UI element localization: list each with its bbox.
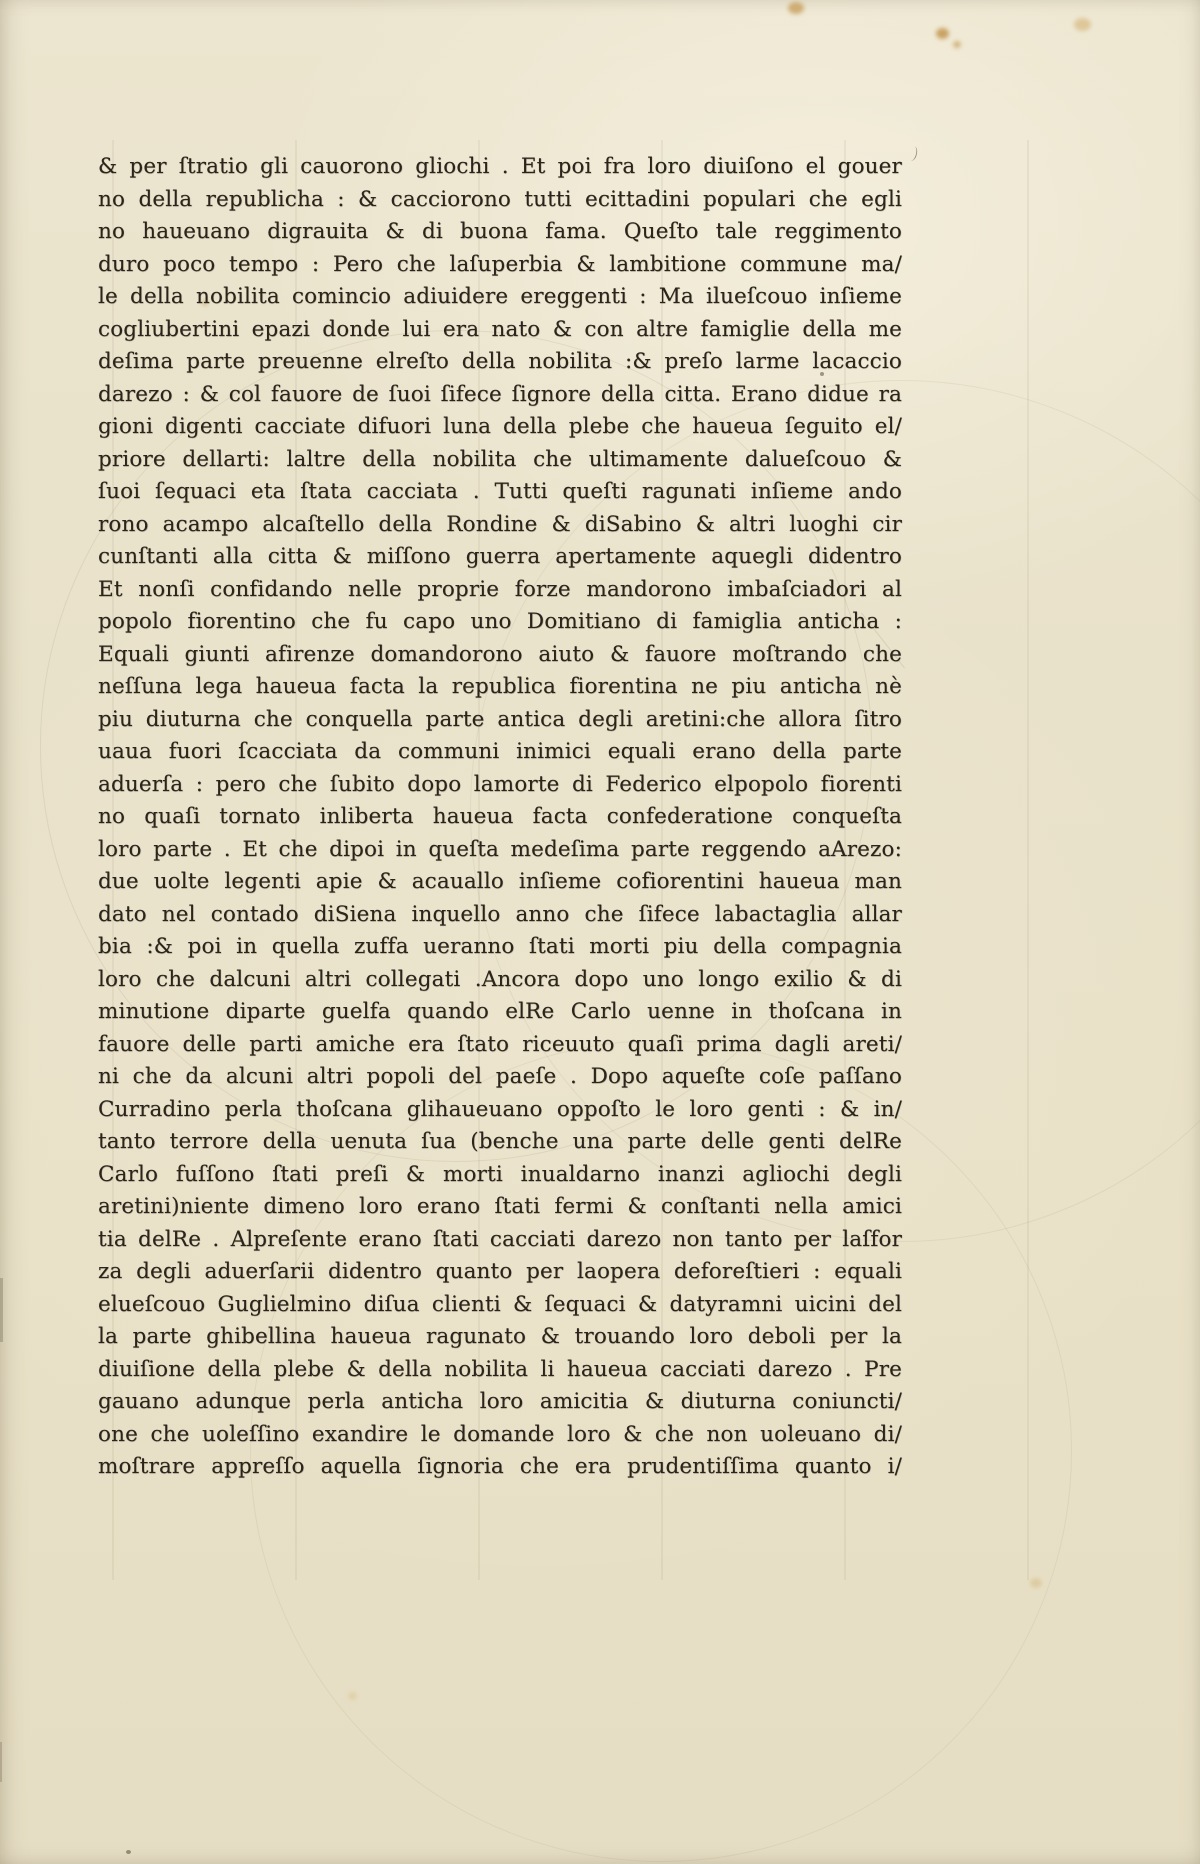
text-line: aretini)niente dimeno loro erano ſtati f…: [98, 1191, 902, 1224]
text-line: cogliubertini epazi donde lui era nato &…: [98, 314, 902, 347]
text-line: due uolte legenti apie & acauallo inſiem…: [98, 866, 902, 899]
foxing-stain: [788, 2, 804, 14]
text-line: moſtrare appreſſo aquella ſignoria che e…: [98, 1451, 902, 1484]
text-line: no quaſi tornato inliberta haueua facta …: [98, 801, 902, 834]
foxing-stain: [936, 28, 949, 39]
text-line: elueſcouo Guglielmino diſua clienti & ſe…: [98, 1289, 902, 1322]
text-line: gauano adunque perla anticha loro amicit…: [98, 1386, 902, 1419]
text-line: bia :& poi in quella zuffa ueranno ſtati…: [98, 931, 902, 964]
text-line: Carlo fuſſono ſtati preſi & morti inuald…: [98, 1159, 902, 1192]
text-line: cunſtanti alla citta & miſſono guerra ap…: [98, 541, 902, 574]
text-line: darezo : & col fauore de ſuoi ſifece ſig…: [98, 379, 902, 412]
text-line: priore dellarti: laltre della nobilita c…: [98, 444, 902, 477]
foxing-stain: [1030, 1578, 1042, 1588]
text-line: neſſuna lega haueua facta la republica f…: [98, 671, 902, 704]
page-edge-mark: [0, 1278, 3, 1342]
text-line: Equali giunti afirenze domandorono aiuto…: [98, 639, 902, 672]
text-line: no haueuano digrauita & di buona fama. Q…: [98, 216, 902, 249]
ink-speck: [126, 1850, 131, 1854]
text-line: rono acampo alcaſtello della Rondine & d…: [98, 509, 902, 542]
text-line: le della nobilita comincio adiuidere ere…: [98, 281, 902, 314]
text-line: tanto terrore della uenuta ſua (benche u…: [98, 1126, 902, 1159]
text-line: & per ſtratio gli cauorono gliochi . Et …: [98, 151, 902, 184]
foxing-stain: [1074, 18, 1091, 31]
book-page-scan: & per ſtratio gli cauorono gliochi . Et …: [0, 0, 1200, 1864]
text-line: aduerſa : pero che ſubito dopo lamorte d…: [98, 769, 902, 802]
text-line: loro parte . Et che dipoi in queſta mede…: [98, 834, 902, 867]
text-line: one che uoleſſino exandire le domande lo…: [98, 1419, 902, 1452]
text-line: fauore delle parti amiche era ſtato rice…: [98, 1029, 902, 1062]
margin-pen-mark: [906, 145, 918, 162]
text-line: ni che da alcuni altri popoli del paeſe …: [98, 1061, 902, 1094]
foxing-stain: [348, 1692, 357, 1700]
text-line: dato nel contado diSiena inquello anno c…: [98, 899, 902, 932]
text-block: & per ſtratio gli cauorono gliochi . Et …: [98, 151, 902, 1484]
text-line: ſuoi ſequaci eta ſtata cacciata . Tutti …: [98, 476, 902, 509]
text-line: za degli aduerſarii didentro quanto per …: [98, 1256, 902, 1289]
text-line: uaua fuori ſcacciata da communi inimici …: [98, 736, 902, 769]
text-line: la parte ghibellina haueua ragunato & tr…: [98, 1321, 902, 1354]
text-line: piu diuturna che conquella parte antica …: [98, 704, 902, 737]
text-line: duro poco tempo : Pero che laſuperbia & …: [98, 249, 902, 282]
text-line: Curradino perla thoſcana glihaueuano opp…: [98, 1094, 902, 1127]
text-line: no della republicha : & cacciorono tutti…: [98, 184, 902, 217]
text-line: minutione diparte guelfa quando elRe Car…: [98, 996, 902, 1029]
text-line: deſima parte preuenne elreſto della nobi…: [98, 346, 902, 379]
text-line: popolo fiorentino che fu capo uno Domiti…: [98, 606, 902, 639]
text-line: Et nonſi confidando nelle proprie forze …: [98, 574, 902, 607]
foxing-stain: [953, 41, 961, 48]
text-line: gioni digenti cacciate difuori luna dell…: [98, 411, 902, 444]
text-line: tia delRe . Alpreſente erano ſtati cacci…: [98, 1224, 902, 1257]
page-edge-mark: [0, 1742, 2, 1782]
text-line: diuiſione della plebe & della nobilita l…: [98, 1354, 902, 1387]
text-line: loro che dalcuni altri collegati .Ancora…: [98, 964, 902, 997]
